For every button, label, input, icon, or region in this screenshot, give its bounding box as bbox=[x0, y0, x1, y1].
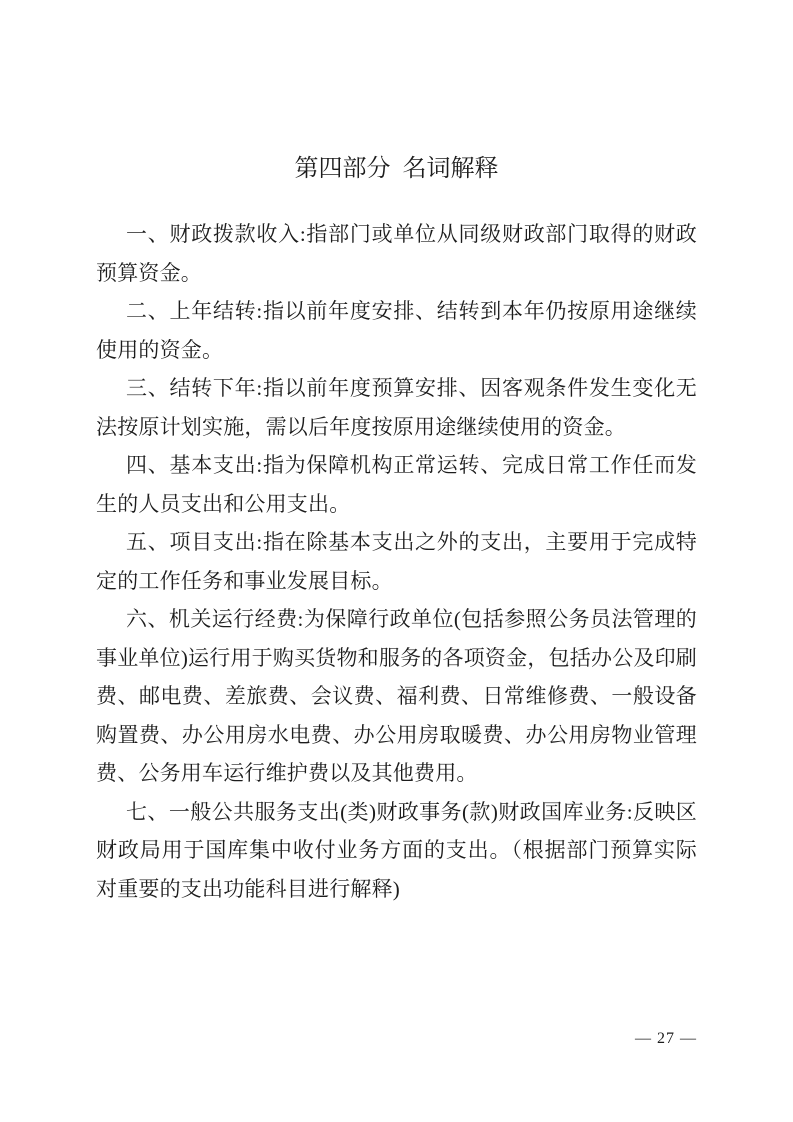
definition-paragraph-3: 三、结转下年:指以前年度预算安排、因客观条件发生变化无法按原计划实施，需以后年度… bbox=[96, 369, 697, 446]
glossary-body: 一、财政拨款收入:指部门或单位从同级财政部门取得的财政预算资金。 二、上年结转:… bbox=[96, 215, 697, 908]
section-title: 第四部分 名词解释 bbox=[96, 152, 697, 186]
definition-paragraph-5: 五、项目支出:指在除基本支出之外的支出，主要用于完成特定的工作任务和事业发展目标… bbox=[96, 523, 697, 600]
definition-paragraph-4: 四、基本支出:指为保障机构正常运转、完成日常工作任而发生的人员支出和公用支出。 bbox=[96, 446, 697, 523]
definition-paragraph-1: 一、财政拨款收入:指部门或单位从同级财政部门取得的财政预算资金。 bbox=[96, 215, 697, 292]
definition-paragraph-2: 二、上年结转:指以前年度安排、结转到本年仍按原用途继续使用的资金。 bbox=[96, 292, 697, 369]
document-page: 第四部分 名词解释 一、财政拨款收入:指部门或单位从同级财政部门取得的财政预算资… bbox=[0, 0, 793, 1122]
definition-paragraph-7: 七、一般公共服务支出(类)财政事务(款)财政国库业务:反映区财政局用于国库集中收… bbox=[96, 793, 697, 909]
page-number: — 27 — bbox=[635, 1028, 697, 1050]
definition-paragraph-6: 六、机关运行经费:为保障行政单位(包括参照公务员法管理的事业单位)运行用于购买货… bbox=[96, 600, 697, 793]
